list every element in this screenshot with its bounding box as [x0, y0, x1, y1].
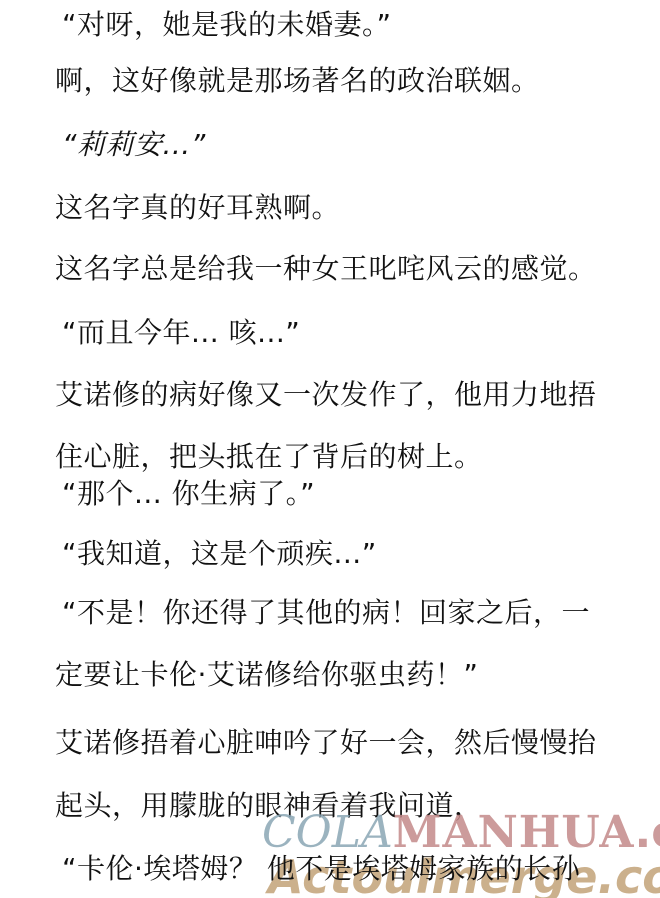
dialog-line: “卡伦·埃塔姆？ 他不是埃塔姆家族的长孙: [62, 852, 580, 886]
dialog-line-italic: “莉莉安...”: [62, 128, 206, 162]
watermark-domain-text: .com: [635, 807, 660, 858]
narration-line: 住心脏，把头抵在了背后的树上。: [55, 440, 483, 474]
narration-line: 起头，用朦胧的眼神看着我问道，: [55, 789, 483, 823]
narration-line: 艾诺修捂着心脏呻吟了好一会，然后慢慢抬: [55, 726, 597, 760]
narration-line: 啊，这好像就是那场著名的政治联姻。: [55, 64, 540, 98]
narration-line: 定要让卡伦·艾诺修给你驱虫药！”: [55, 658, 478, 692]
novel-page: “对呀，她是我的未婚妻。” 啊，这好像就是那场著名的政治联姻。 “莉莉安...”…: [0, 0, 660, 898]
narration-line: 这名字真的好耳熟啊。: [55, 191, 340, 225]
narration-line: 这名字总是给我一种女王叱咤风云的感觉。: [55, 252, 597, 286]
dialog-line: “我知道，这是个顽疾...”: [62, 537, 377, 571]
dialog-line: “对呀，她是我的未婚妻。”: [62, 8, 392, 42]
dialog-line: “那个... 你生病了。”: [62, 477, 315, 511]
narration-line: 艾诺修的病好像又一次发作了，他用力地捂: [55, 378, 597, 412]
dialog-line: “不是！你还得了其他的病！回家之后，一: [62, 596, 590, 630]
dialog-line: “而且今年... 咳...”: [62, 316, 300, 350]
